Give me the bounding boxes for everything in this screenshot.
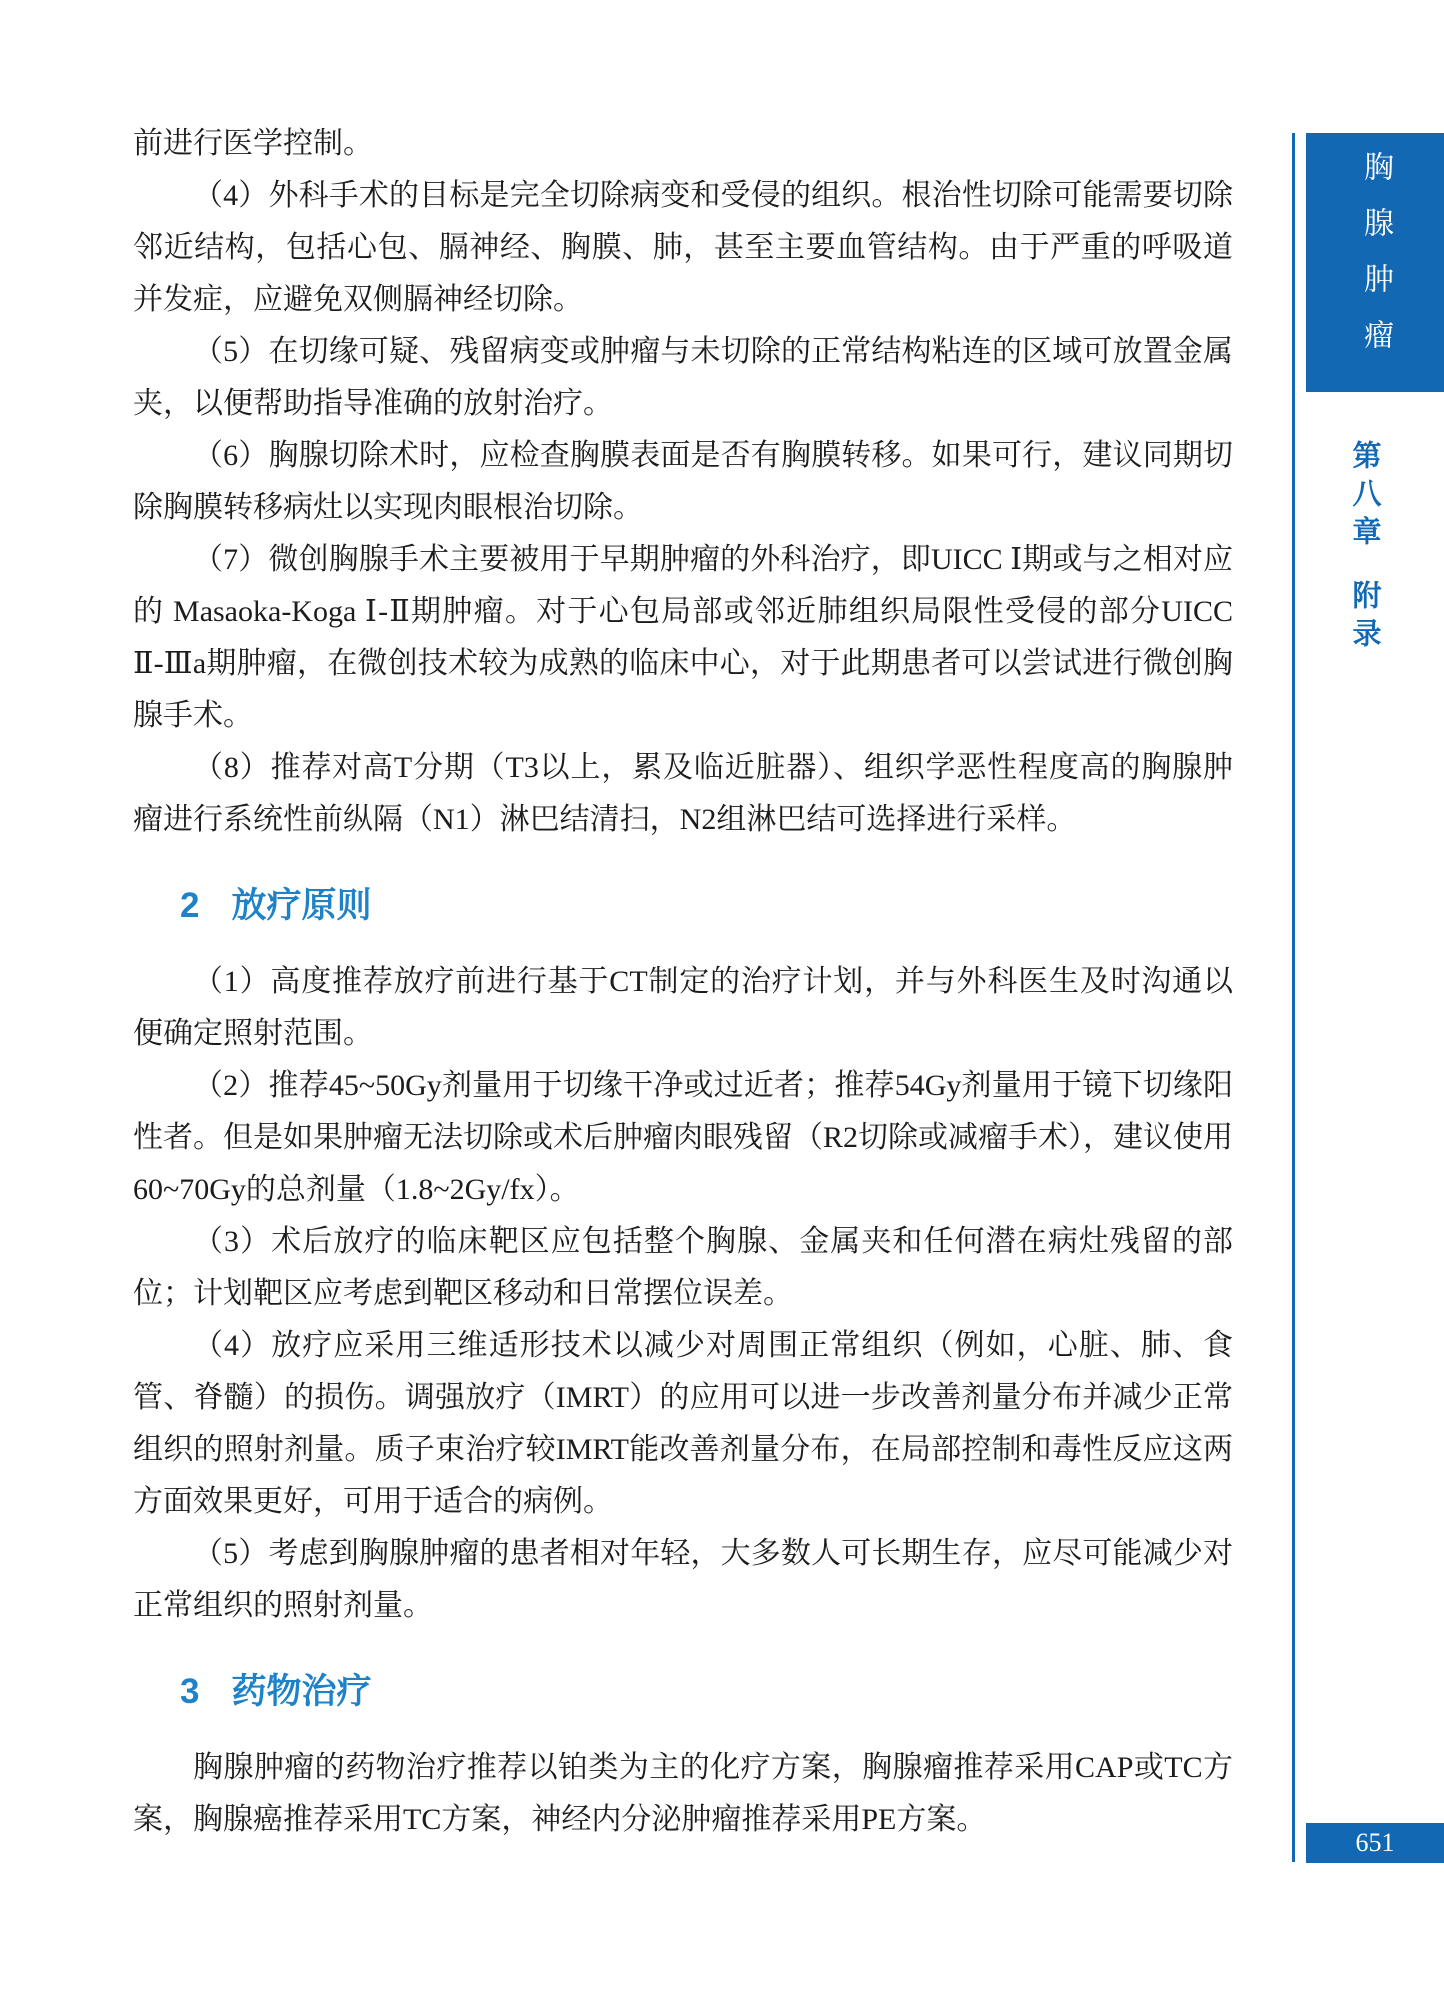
paragraph-radiotherapy-2: （2）推荐45~50Gy剂量用于切缘干净或过近者；推荐54Gy剂量用于镜下切缘阳… [133, 1060, 1233, 1216]
sidebar-rule [1292, 133, 1295, 1862]
paragraph-radiotherapy-1: （1）高度推荐放疗前进行基于CT制定的治疗计划，并与外科医生及时沟通以便确定照射… [133, 956, 1233, 1060]
main-text-column: 前进行医学控制。 （4）外科手术的目标是完全切除病变和受侵的组织。根治性切除可能… [133, 118, 1233, 1846]
section-title: 药物治疗 [231, 1666, 371, 1718]
paragraph-drug-therapy: 胸腺肿瘤的药物治疗推荐以铂类为主的化疗方案，胸腺瘤推荐采用CAP或TC方案，胸腺… [133, 1742, 1233, 1846]
paragraph-surgery-6: （6）胸腺切除术时，应检查胸膜表面是否有胸膜转移。如果可行，建议同期切除胸膜转移… [133, 430, 1233, 534]
sidebar-tab-thymic-tumor: 胸腺肿瘤 [1306, 133, 1444, 392]
section-number: 3 [180, 1666, 199, 1718]
paragraph-radiotherapy-5: （5）考虑到胸腺肿瘤的患者相对年轻，大多数人可长期生存，应尽可能减少对正常组织的… [133, 1528, 1233, 1632]
paragraph-surgery-5: （5）在切缘可疑、残留病变或肿瘤与未切除的正常结构粘连的区域可放置金属夹，以便帮… [133, 326, 1233, 430]
paragraph-continuation: 前进行医学控制。 [133, 118, 1233, 170]
paragraph-surgery-7: （7）微创胸腺手术主要被用于早期肿瘤的外科治疗，即UICC Ⅰ期或与之相对应的 … [133, 534, 1233, 742]
page-number: 651 [1356, 1828, 1395, 1858]
sidebar-tab-label: 胸腺肿瘤 [1353, 151, 1397, 375]
paragraph-surgery-4: （4）外科手术的目标是完全切除病变和受侵的组织。根治性切除可能需要切除邻近结构，… [133, 170, 1233, 326]
paragraph-radiotherapy-4: （4）放疗应采用三维适形技术以减少对周围正常组织（例如，心脏、肺、食管、脊髓）的… [133, 1320, 1233, 1528]
section-number: 2 [180, 880, 199, 932]
book-page: 前进行医学控制。 （4）外科手术的目标是完全切除病变和受侵的组织。根治性切除可能… [0, 0, 1444, 2010]
appendix-label: 附录 [1345, 580, 1386, 656]
section-title: 放疗原则 [231, 880, 371, 932]
page-number-badge: 651 [1306, 1823, 1444, 1863]
sidebar-chapter-label: 第八章 附录 [1344, 440, 1386, 656]
section-heading-radiotherapy: 2 放疗原则 [133, 880, 1233, 932]
section-heading-drug-therapy: 3 药物治疗 [133, 1666, 1233, 1718]
paragraph-radiotherapy-3: （3）术后放疗的临床靶区应包括整个胸腺、金属夹和任何潜在病灶残留的部位；计划靶区… [133, 1216, 1233, 1320]
paragraph-surgery-8: （8）推荐对高T分期（T3以上，累及临近脏器）、组织学恶性程度高的胸腺肿瘤进行系… [133, 742, 1233, 846]
chapter-label: 第八章 [1345, 440, 1386, 554]
